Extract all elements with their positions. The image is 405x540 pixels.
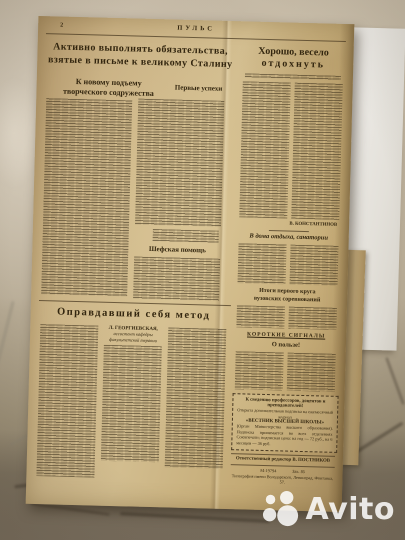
newspaper-page: 2 ПУЛЬС Активно выполнять обязательства,… [26,16,355,512]
right-column: Хорошо, весело отдохнуть В. КОНСТАНТИНОВ… [230,21,347,512]
section-divider-rule [39,300,231,306]
illegible-text-column [165,327,227,468]
imprint-printer: Типография имени Володарского, Ленинград… [230,473,334,486]
subhead-patronage-help: Шефская помощь [134,245,220,255]
illegible-text-column [291,83,343,220]
ad-line4: (Орган Министерства высшего образования)… [236,423,333,448]
signature-konstantinov: В. КОНСТАНТИНОВ [257,221,337,228]
method-middle-column: Л. ГЕОРГИЕВСКАЯ, ассистент кафедры факул… [101,326,163,462]
rest-homes-header: В дома отдыха, санатории [237,232,341,242]
editor-line: Ответственный редактор В. ПОСТНИКОВ [231,456,335,464]
subhead-first-successes: Первые успехи [169,83,229,93]
subhead-creative-line2: творческого содружества [50,86,166,99]
illegible-text-column [288,307,337,330]
illegible-text-column [133,257,220,301]
avito-logo-icon [262,490,300,528]
stone-crevice [386,357,405,405]
imprint-code-right: Зак. 85 [292,469,305,474]
rest-headline-line2: отдохнуть [241,57,345,72]
illegible-text-column [287,353,336,392]
byline-role-line2: факультетской терапии [104,336,162,343]
banner-headline: Активно выполнять обязательства, взятые … [47,40,234,71]
illegible-text-column [41,98,132,296]
illegible-text-column [239,81,291,218]
illegible-text-column [36,324,98,477]
subhead-creative-community: К новому подъему творческого содружества [50,76,166,98]
illegible-subtitle [245,73,341,80]
rest-headline: Хорошо, весело отдохнуть [241,45,346,72]
illegible-text-column [135,99,224,227]
results-header-line2: вузовских соревнований [235,295,339,305]
signals-item-title: О пользе! [234,340,338,350]
illegible-text-column [238,243,287,284]
illegible-text-column [235,351,284,390]
method-headline: Оправдавший себя метод [33,306,235,322]
short-signals-header: КОРОТКИЕ СИГНАЛЫ [234,331,338,340]
illegible-signature-block [153,229,219,243]
avito-watermark: Avito [262,490,395,528]
photo-background: 1948 год. 2 ПУЛЬС Активно выполнять обяз… [0,0,405,540]
subscription-ad-box: К сведению профессоров, доцентов и препо… [231,393,338,452]
small-rule [269,230,309,232]
marble-vein [0,301,15,379]
avito-wordmark: Avito [306,492,395,527]
illegible-text-column [236,305,285,328]
illegible-text-column [289,245,338,286]
results-header: Итоги первого круга вузовских соревнован… [235,287,339,305]
illegible-text-column [101,345,162,462]
imprint-code-left: М-19794 [260,468,276,473]
